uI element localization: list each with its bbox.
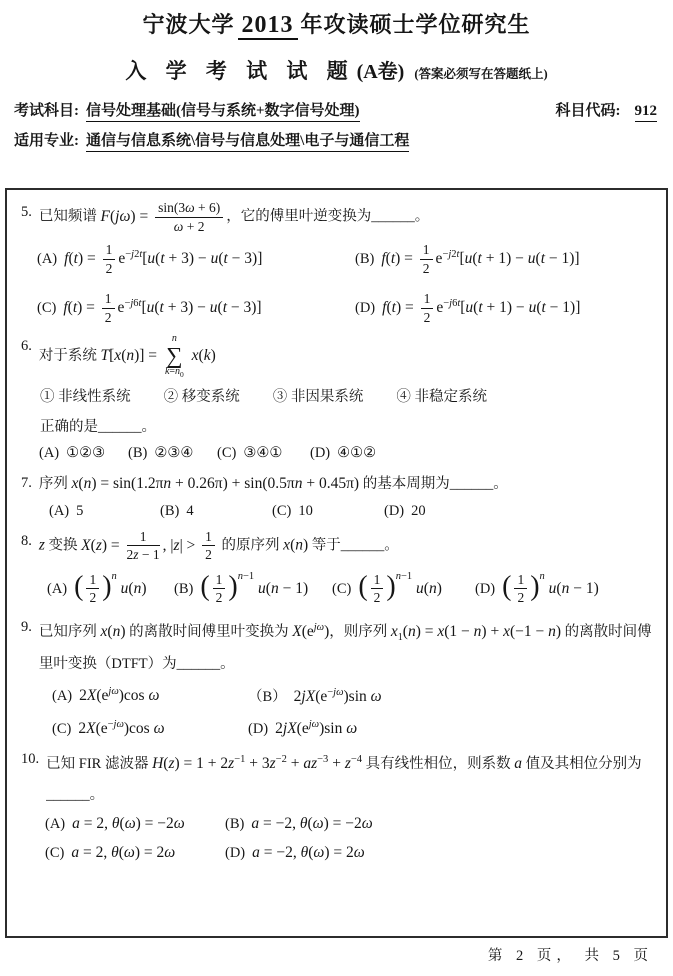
question-6-item-1: ① 非线性系统 <box>40 385 131 406</box>
question-9-option-a: (A)2X(ejω)cos ω <box>52 686 248 705</box>
question-6-item-3: ③ 非因果系统 <box>273 385 364 406</box>
major-label: 适用专业: <box>14 129 79 150</box>
exam-subtitle-row: 入 学 考 试 试 题(A卷) (答案必须写在答题纸上) <box>0 55 673 85</box>
question-7-number: 7. <box>21 471 32 496</box>
question-5: 5. 已知频谱 F(jω) = sin(3ω + 6)ω + 2，它的傅里叶逆变… <box>21 200 658 325</box>
major-row: 适用专业: 通信与信息系统\信号与信息处理\电子与通信工程 <box>14 129 657 152</box>
code-label: 科目代码: <box>556 99 621 120</box>
page-number: 第 2 页， 共 5 页 <box>0 944 673 965</box>
subject-row: 考试科目: 信号处理基础(信号与系统+数字信号处理) 科目代码: 912 <box>14 99 657 122</box>
question-6-items: ① 非线性系统 ② 移变系统 ③ 非因果系统 ④ 非稳定系统 <box>40 385 658 406</box>
question-8-option-b: (B)(12)n−1 u(n − 1) <box>174 572 332 606</box>
question-7-option-c: (C)10 <box>272 503 384 520</box>
question-10-option-c: (C)a = 2, θ(ω) = 2ω <box>45 844 225 862</box>
question-8-options: (A)(12)n u(n) (B)(12)n−1 u(n − 1) (C)(12… <box>47 572 658 606</box>
question-5-option-a: (A)f(t) = 12e−j2t[u(t + 3) − u(t − 3)] <box>37 242 355 276</box>
question-6-option-a: (A)①②③ <box>39 445 128 462</box>
question-10-option-b: (B)a = −2, θ(ω) = −2ω <box>225 815 658 833</box>
question-7-option-b: (B)4 <box>160 503 272 520</box>
question-7-stem: 序列 x(n) = sin(1.2πn + 0.26π) + sin(0.5πn… <box>39 471 658 497</box>
exam-subtitle: 入 学 考 试 试 题 <box>125 55 354 85</box>
subject-label: 考试科目: <box>14 99 79 120</box>
question-9-stem: 已知序列 x(n) 的离散时间傅里叶变换为 X(ejω)，则序列 x1(n) =… <box>39 615 658 680</box>
question-10-option-a: (A)a = 2, θ(ω) = −2ω <box>45 815 225 833</box>
question-6-item-2: ② 移变系统 <box>164 385 240 406</box>
question-9-option-d: (D)2jX(ejω)sin ω <box>248 719 658 738</box>
question-6-options: (A)①②③ (B)②③④ (C)③④① (D)④①② <box>39 445 658 462</box>
subject-value: 信号处理基础(信号与系统+数字信号处理) <box>86 99 360 122</box>
question-10: 10. 已知 FIR 滤波器 H(z) = 1 + 2z−1 + 3z−2 + … <box>21 747 658 862</box>
question-10-stem: 已知 FIR 滤波器 H(z) = 1 + 2z−1 + 3z−2 + az−3… <box>46 747 658 811</box>
question-6-option-c: (C)③④① <box>217 445 310 462</box>
question-7: 7. 序列 x(n) = sin(1.2πn + 0.26π) + sin(0.… <box>21 471 658 520</box>
question-7-options: (A)5 (B)4 (C)10 (D)20 <box>49 503 658 520</box>
exam-page: 宁波大学2013年攻读硕士学位研究生 入 学 考 试 试 题(A卷) (答案必须… <box>0 8 673 965</box>
question-8-stem: z 变换 X(z) = 12z − 1, |z| > 12 的原序列 x(n) … <box>39 529 658 563</box>
question-box: 5. 已知频谱 F(jω) = sin(3ω + 6)ω + 2，它的傅里叶逆变… <box>5 188 668 938</box>
question-6-fill: 正确的是______。 <box>40 415 658 436</box>
question-10-options: (A)a = 2, θ(ω) = −2ω (B)a = −2, θ(ω) = −… <box>45 815 658 862</box>
question-10-option-d: (D)a = −2, θ(ω) = 2ω <box>225 844 658 862</box>
question-6-option-d: (D)④①② <box>310 445 658 462</box>
question-7-option-a: (A)5 <box>49 503 160 520</box>
question-7-option-d: (D)20 <box>384 503 658 520</box>
question-5-option-b: (B)f(t) = 12e−j2t[u(t + 1) − u(t − 1)] <box>355 242 658 276</box>
question-6-option-b: (B)②③④ <box>128 445 217 462</box>
question-9: 9. 已知序列 x(n) 的离散时间傅里叶变换为 X(ejω)，则序列 x1(n… <box>21 615 658 738</box>
title-suffix: 年攻读硕士学位研究生 <box>301 12 531 37</box>
major-value: 通信与信息系统\信号与信息处理\电子与通信工程 <box>86 129 409 152</box>
question-9-number: 9. <box>21 615 32 640</box>
question-6-number: 6. <box>21 334 32 359</box>
question-8-option-d: (D)(12)n u(n − 1) <box>475 572 658 606</box>
page-title: 宁波大学2013年攻读硕士学位研究生 <box>0 8 673 39</box>
question-6: 6. 对于系统 T[x(n)] = n∑k=n0 x(k) ① 非线性系统 ② … <box>21 334 658 462</box>
question-5-option-c: (C)f(t) = 12e−j6t[u(t + 3) − u(t − 3)] <box>37 291 355 325</box>
question-5-option-d: (D)f(t) = 12e−j6t[u(t + 1) − u(t − 1)] <box>355 291 658 325</box>
title-year: 2013 <box>238 12 298 40</box>
title-university: 宁波大学 <box>142 12 234 37</box>
question-8-number: 8. <box>21 529 32 554</box>
answer-sheet-note: (答案必须写在答题纸上) <box>414 64 547 82</box>
question-8-option-c: (C)(12)n−1 u(n) <box>332 572 475 606</box>
question-8: 8. z 变换 X(z) = 12z − 1, |z| > 12 的原序列 x(… <box>21 529 658 606</box>
paper-version: (A卷) <box>357 55 405 84</box>
question-9-option-c: (C)2X(e−jω)cos ω <box>52 719 248 738</box>
question-9-option-b: （B）2jX(e−jω)sin ω <box>248 685 658 706</box>
question-8-option-a: (A)(12)n u(n) <box>47 572 174 606</box>
subject-code: 科目代码: 912 <box>556 99 658 122</box>
question-9-options: (A)2X(ejω)cos ω （B）2jX(e−jω)sin ω (C)2X(… <box>52 685 658 738</box>
question-5-stem: 已知频谱 F(jω) = sin(3ω + 6)ω + 2，它的傅里叶逆变换为_… <box>39 200 658 234</box>
question-6-stem: 对于系统 T[x(n)] = n∑k=n0 x(k) <box>39 334 658 379</box>
code-value: 912 <box>635 103 658 122</box>
question-5-options: (A)f(t) = 12e−j2t[u(t + 3) − u(t − 3)] (… <box>37 242 658 325</box>
question-10-number: 10. <box>21 747 39 772</box>
question-5-number: 5. <box>21 200 32 225</box>
question-6-item-4: ④ 非稳定系统 <box>396 385 487 406</box>
